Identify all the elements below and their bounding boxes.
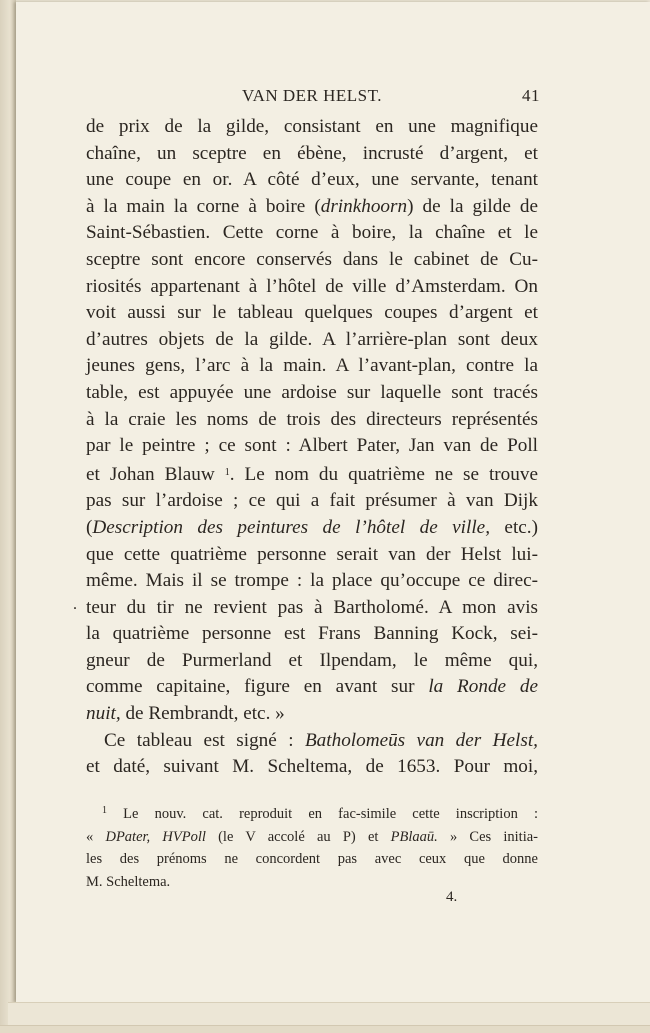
text-line: à la main la corne à boire (drinkhoorn) … — [86, 194, 538, 221]
text-line: et daté, suivant M. Scheltema, de 1653. … — [86, 754, 538, 781]
footnote-line: les des prénoms ne concordent pas avec c… — [86, 848, 538, 871]
running-head: VAN DER HELST. 41 — [84, 86, 540, 108]
text-line: table, est appuyée une ardoise sur laque… — [86, 380, 538, 407]
footnote: 1 Le nouv. cat. reproduit en fac-simile … — [86, 800, 538, 893]
text-line: d’autres objets de la gilde. A l’arrière… — [86, 327, 538, 354]
footnote-line: 1 Le nouv. cat. reproduit en fac-simile … — [86, 800, 538, 826]
text-line: par le peintre ; ce sont : Albert Pater,… — [86, 433, 538, 460]
text-line: et Johan Blauw 1. Le nom du quatrième ne… — [86, 460, 538, 489]
text-line: de prix de la gilde, consistant en une m… — [86, 114, 538, 141]
text-line: jeunes gens, l’arc à la main. A l’avant-… — [86, 353, 538, 380]
running-title: VAN DER HELST. — [84, 86, 540, 106]
text-line: que cette quatrième personne serait van … — [86, 542, 538, 569]
body-text: de prix de la gilde, consistant en une m… — [86, 114, 538, 781]
italic-title: nuit, — [86, 703, 121, 724]
page-stack-edge — [0, 1025, 650, 1033]
text-line: Saint-Sébastien. Cette corne à boire, la… — [86, 220, 538, 247]
text-line: pas sur l’ardoise ; ce qui a fait présum… — [86, 488, 538, 515]
footnote-line: M. Scheltema. — [86, 871, 538, 894]
text-line: une coupe en or. A côté d’eux, une serva… — [86, 167, 538, 194]
text-line: à la craie les noms de trois des directe… — [86, 407, 538, 434]
text-line: Ce tableau est signé : Batholomeūs van d… — [86, 728, 538, 755]
italic-term: drinkhoorn — [321, 196, 407, 217]
page-number: 41 — [522, 86, 540, 106]
text-line: même. Mais il se trompe : la place qu’oc… — [86, 568, 538, 595]
text-line: chaîne, un sceptre en ébène, incrusté d’… — [86, 141, 538, 168]
text-line: comme capitaine, figure en avant sur la … — [86, 674, 538, 701]
book-spine-edge — [0, 0, 16, 1033]
italic-title: la Ronde de — [428, 676, 538, 697]
italic-signature: Batholomeūs van der Helst, — [305, 730, 538, 751]
text-line: voit aussi sur le tableau quelques coupe… — [86, 300, 538, 327]
text-line: sceptre sont encore conservés dans le ca… — [86, 247, 538, 274]
stray-mark: . — [73, 596, 77, 614]
italic-title: Description des peintures de l’hôtel de … — [92, 517, 490, 538]
text-line: (Description des peintures de l’hôtel de… — [86, 515, 538, 542]
text-line: teur du tir ne revient pas à Bartholomé.… — [86, 595, 538, 622]
text-line: riosités appartenant à l’hôtel de ville … — [86, 274, 538, 301]
text-line: nuit, de Rembrandt, etc. » — [86, 701, 538, 728]
footnote-line: « DPater, HVPoll (le V accolé au P) et P… — [86, 826, 538, 849]
text-line: la quatrième personne est Frans Banning … — [86, 621, 538, 648]
text-line: gneur de Purmerland et Ilpendam, le même… — [86, 648, 538, 675]
signature-mark: 4. — [446, 889, 457, 906]
